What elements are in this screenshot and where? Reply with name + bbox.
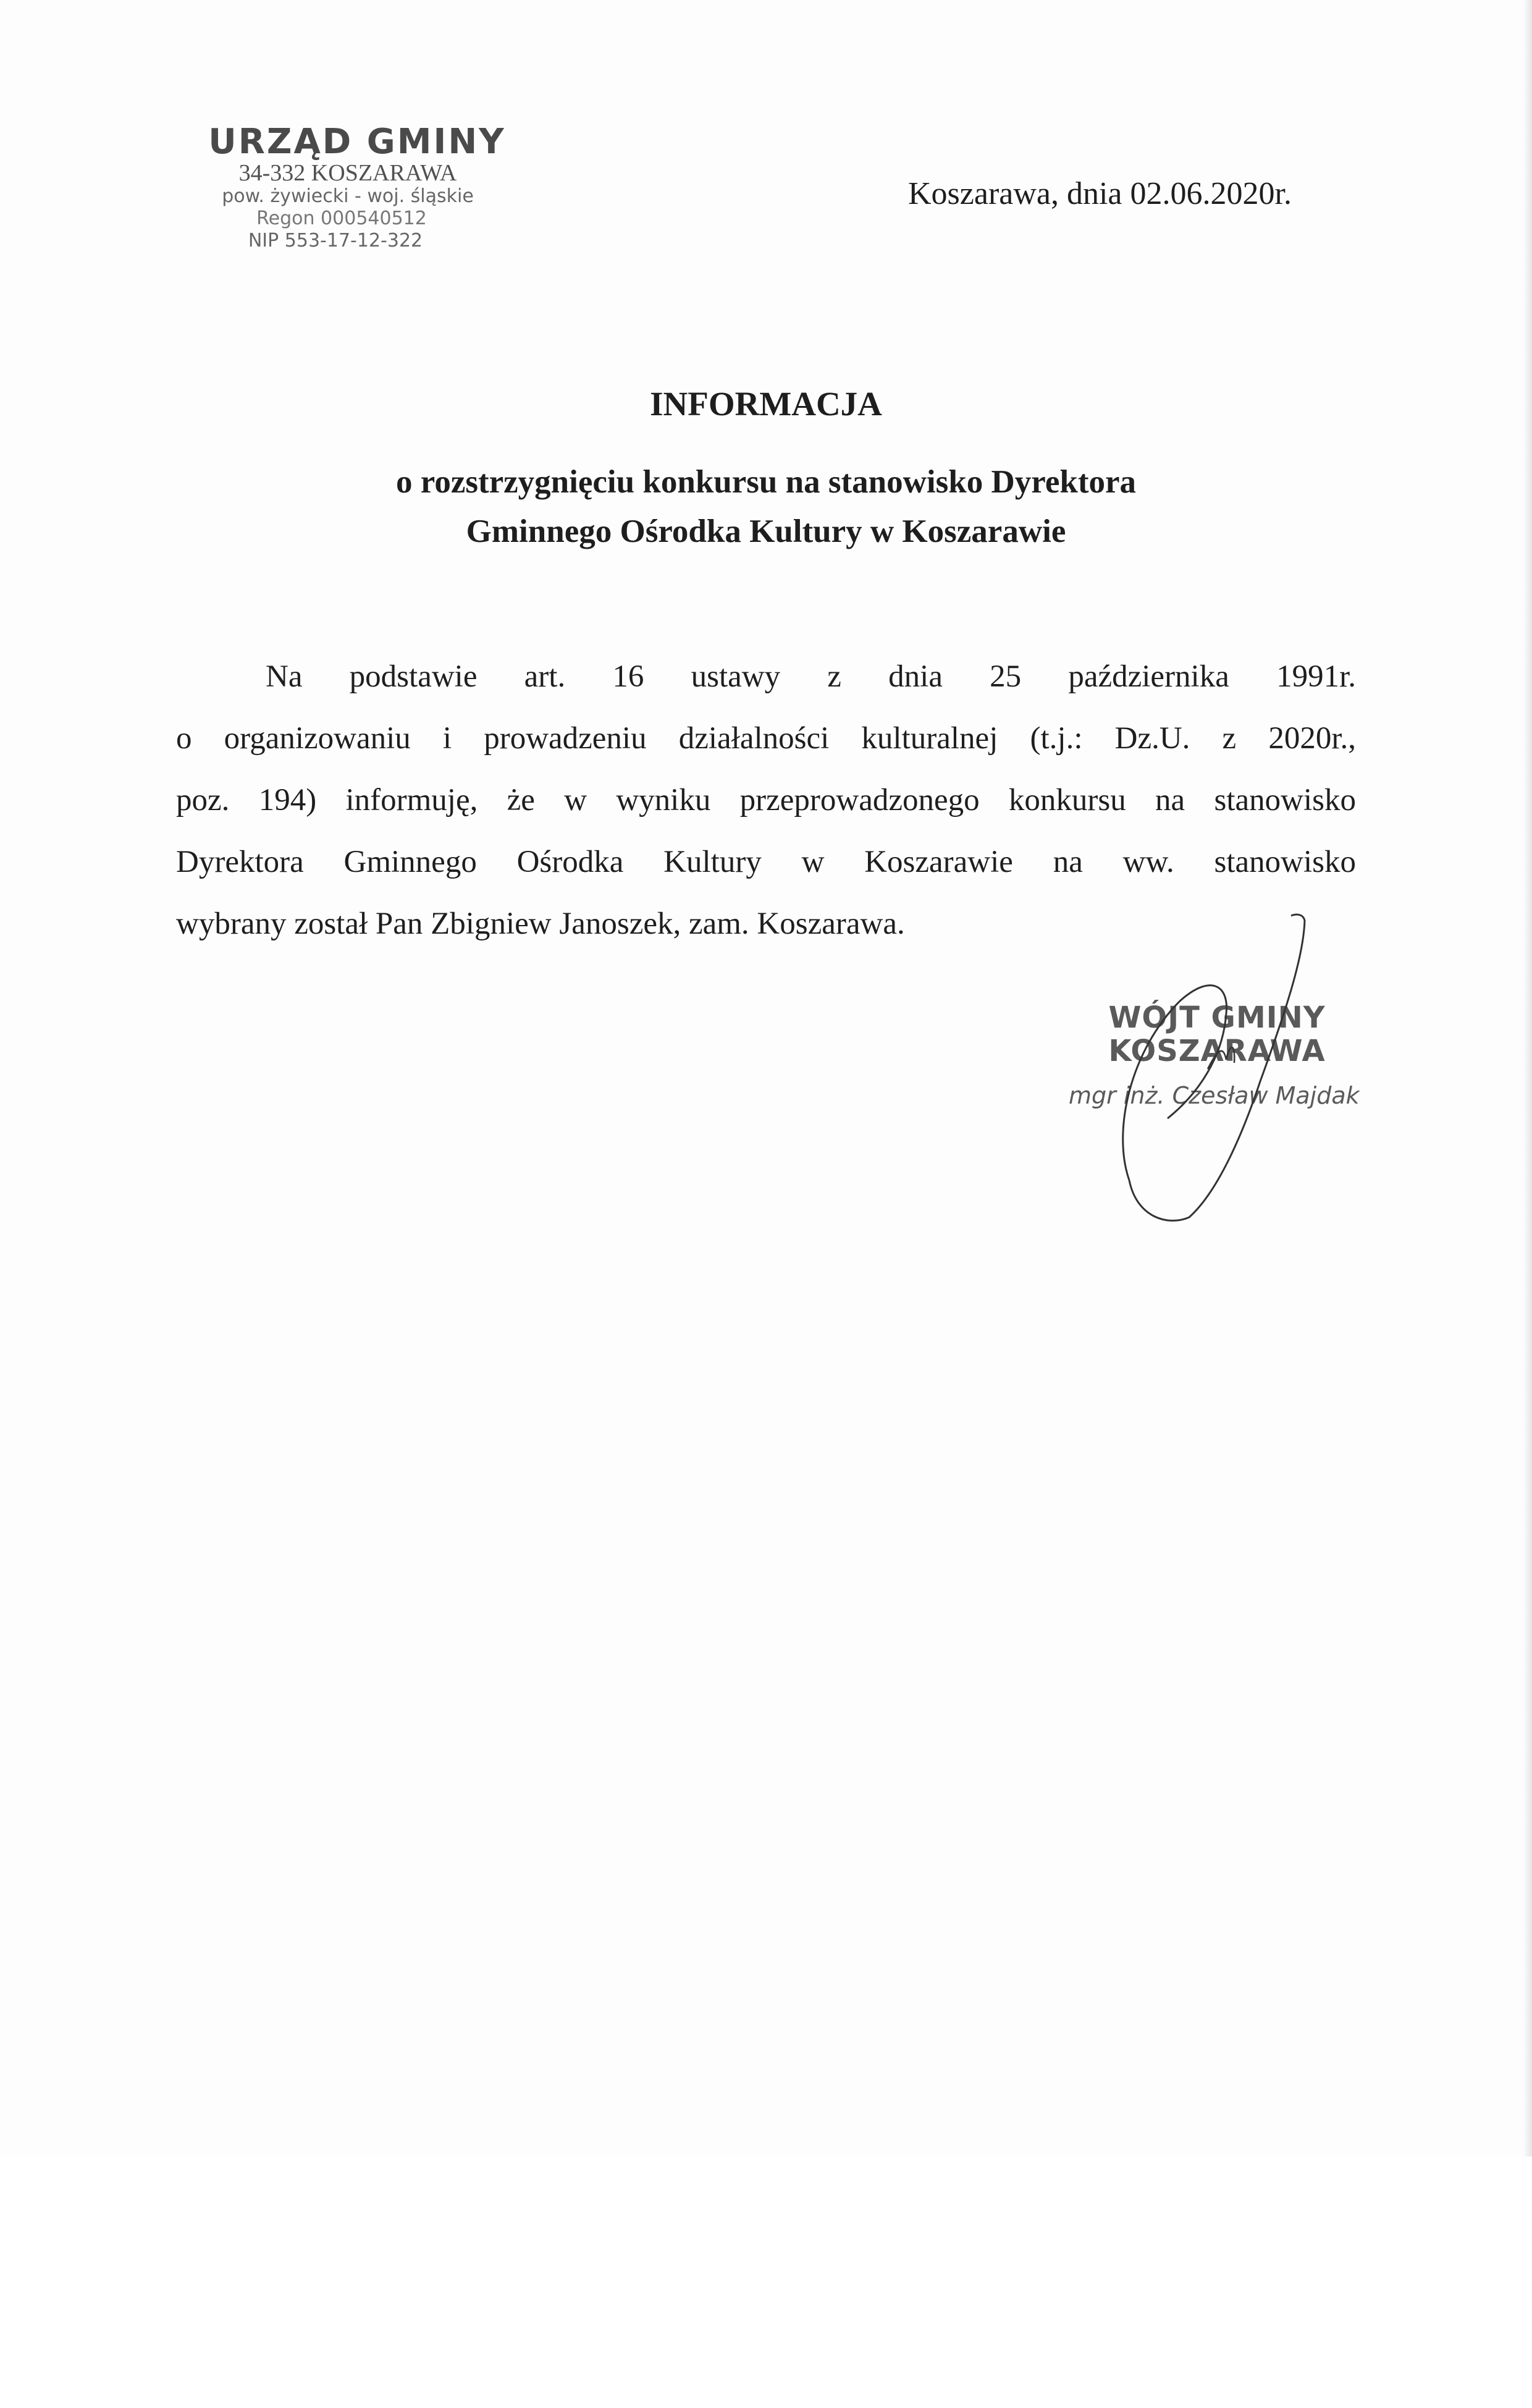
office-stamp-name: URZĄD GMINY	[196, 124, 518, 161]
office-stamp-regon: Regon 000540512	[166, 208, 518, 230]
document-subtitle: o rozstrzygnięciu konkursu na stanowisko…	[0, 457, 1532, 556]
office-stamp-region: pow. żywiecki - woj. śląskie	[178, 185, 518, 208]
body-line-4: Dyrektora Gminnego Ośrodka Kultury w Kos…	[176, 831, 1356, 893]
signature-icon	[1038, 896, 1371, 1242]
scanned-page: URZĄD GMINY 34-332 KOSZARAWA pow. żywiec…	[0, 0, 1532, 2157]
body-line-3: poz. 194) informuję, że w wyniku przepro…	[176, 769, 1356, 831]
body-line-1: Na podstawie art. 16 ustawy z dnia 25 pa…	[176, 646, 1356, 708]
document-title: INFORMACJA	[0, 384, 1532, 423]
subtitle-line-1: o rozstrzygnięciu konkursu na stanowisko…	[0, 457, 1532, 507]
page-edge-shadow	[1523, 0, 1532, 2157]
office-stamp: URZĄD GMINY 34-332 KOSZARAWA pow. żywiec…	[196, 124, 518, 252]
place-and-date: Koszarawa, dnia 02.06.2020r.	[908, 175, 1292, 212]
body-line-2: o organizowaniu i prowadzeniu działalnoś…	[176, 708, 1356, 769]
subtitle-line-2: Gminnego Ośrodka Kultury w Koszarawie	[0, 507, 1532, 556]
office-stamp-nip: NIP 553-17-12-322	[153, 230, 518, 252]
office-stamp-address: 34-332 KOSZARAWA	[178, 161, 518, 185]
